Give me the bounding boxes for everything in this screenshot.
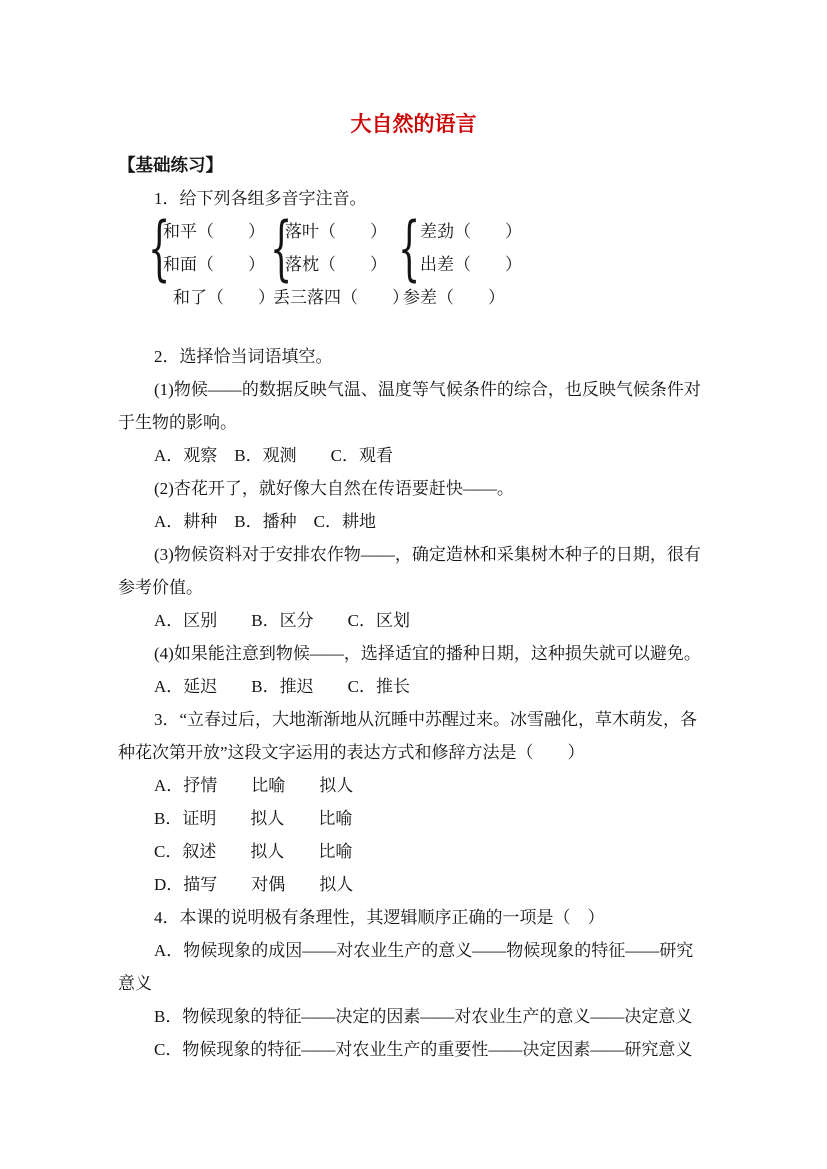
pinyin-group-3-pair: 差劲（ ） 出差（ ）	[420, 215, 522, 281]
section-header: 【基础练习】	[118, 149, 709, 182]
q4-option-b: B．物候现象的特征——决定的因素——对农业生产的意义——决定意义	[118, 1000, 709, 1033]
pinyin-group-2: { 落叶（ ） 落枕（ ）	[270, 215, 387, 281]
q2-sub-2-text: (2)杏花开了，就好像大自然在传语要赶快——。	[118, 472, 709, 505]
q2-sub-1-options: A．观察 B．观测 C．观看	[118, 439, 709, 472]
left-brace: {	[148, 213, 156, 283]
q3-option-d: D．描写 对偶 拟人	[118, 868, 709, 901]
document-page: 大自然的语言 【基础练习】 1．给下列各组多音字注音。 { 和平（ ） 和面（ …	[0, 0, 827, 1169]
pinyin-item: 参差（ ）	[403, 281, 505, 314]
pinyin-item: 差劲（ ）	[420, 215, 522, 248]
page-title: 大自然的语言	[118, 111, 709, 137]
q1-pinyin-groups: { 和平（ ） 和面（ ） { 落叶（ ） 落枕（ ） { 差劲（ ） 出差（ …	[118, 215, 709, 314]
pinyin-item: 和面（ ）	[163, 248, 265, 281]
q4-option-c: C．物候现象的特征——对农业生产的重要性——决定因素——研究意义	[118, 1033, 709, 1066]
q4-option-a: A．物候现象的成因——对农业生产的意义——物候现象的特征——研究意义	[118, 934, 709, 1000]
pinyin-item: 落叶（ ）	[285, 215, 387, 248]
q3-text: 3．“立春过后，大地渐渐地从沉睡中苏醒过来。冰雪融化，草木萌发，各种花次第开放”…	[118, 703, 709, 769]
pinyin-group-3: { 差劲（ ） 出差（ ）	[398, 215, 522, 281]
q4-text: 4．本课的说明极有条理性，其逻辑顺序正确的一项是（ ）	[118, 901, 709, 934]
pinyin-group-1: { 和平（ ） 和面（ ）	[148, 215, 265, 281]
left-brace: {	[398, 213, 406, 283]
q2-prompt: 2．选择恰当词语填空。	[118, 340, 709, 373]
left-brace: {	[270, 213, 278, 283]
q2-sub-2-options: A．耕种 B．播种 C．耕地	[118, 505, 709, 538]
q3-option-c: C．叙述 拟人 比喻	[118, 835, 709, 868]
q2-sub-4-text: (4)如果能注意到物候——，选择适宜的播种日期，这种损失就可以避免。	[118, 637, 709, 670]
q2-sub-4-options: A．延迟 B．推迟 C．推长	[118, 670, 709, 703]
q2-sub-3-options: A．区别 B．区分 C．区划	[118, 604, 709, 637]
pinyin-item: 落枕（ ）	[285, 248, 387, 281]
q2-sub-3-text: (3)物候资料对于安排农作物——，确定造林和采集树木种子的日期，很有参考价值。	[118, 538, 709, 604]
pinyin-group-1-pair: 和平（ ） 和面（ ）	[163, 215, 265, 281]
q2-sub-1-text: (1)物候——的数据反映气温、温度等气候条件的综合，也反映气候条件对于生物的影响…	[118, 373, 709, 439]
q3-option-b: B．证明 拟人 比喻	[118, 802, 709, 835]
pinyin-item: 和了（ ）	[173, 281, 275, 314]
pinyin-group-2-pair: 落叶（ ） 落枕（ ）	[285, 215, 387, 281]
pinyin-item: 出差（ ）	[420, 248, 522, 281]
q3-option-a: A．抒情 比喻 拟人	[118, 769, 709, 802]
pinyin-item: 和平（ ）	[163, 215, 265, 248]
pinyin-item: 丢三落四（ ）	[273, 281, 409, 314]
pinyin-bottom-row: 和了（ ） 丢三落四（ ） 参差（ ）	[118, 281, 709, 314]
